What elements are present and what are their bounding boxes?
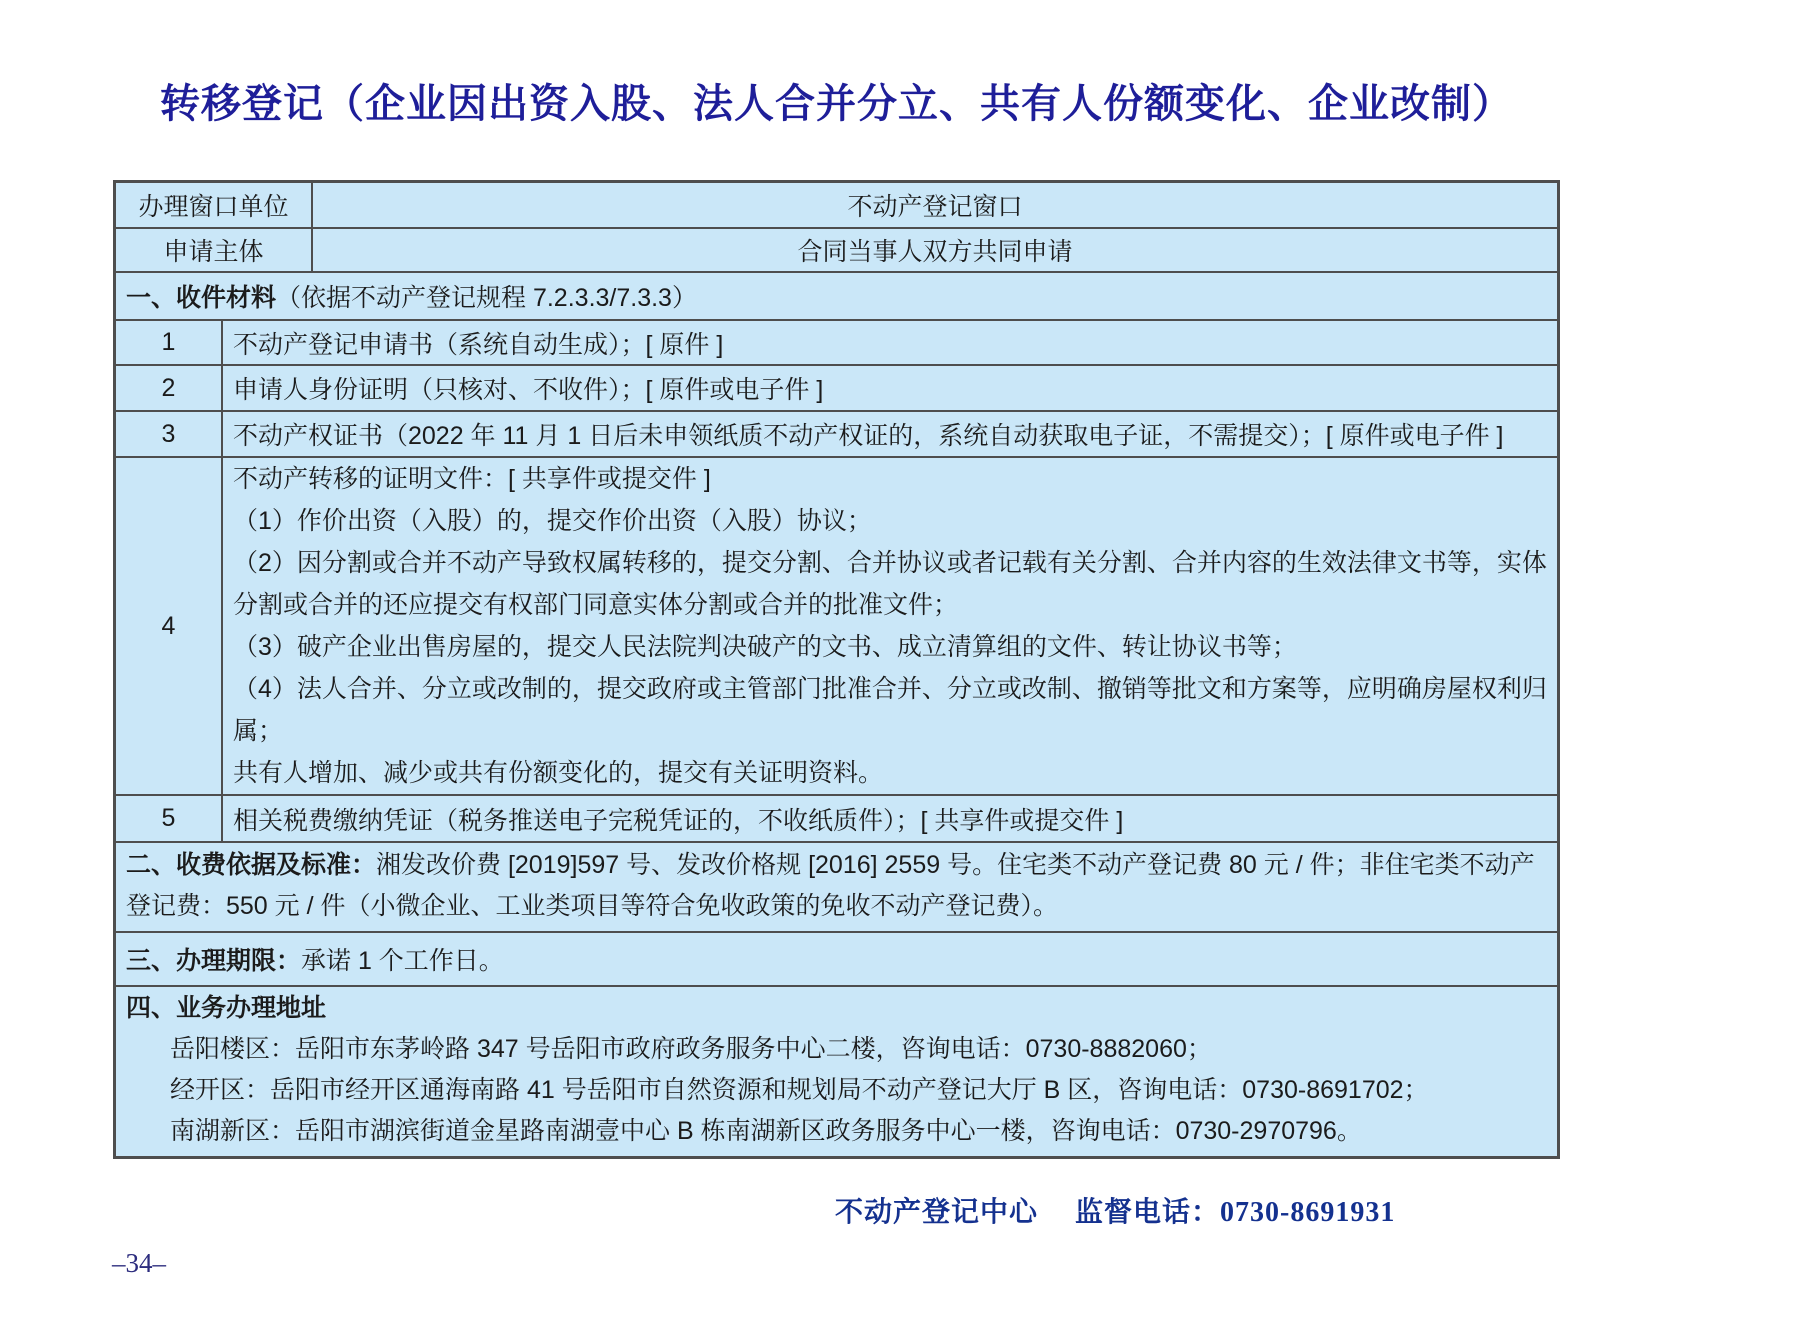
- table-row-item-2: 2 申请人身份证明（只核对、不收件）；[ 原件或电子件 ]: [116, 364, 1557, 410]
- item-4-line-1: 不动产转移的证明文件：[ 共享件或提交件 ]: [233, 458, 1547, 500]
- table-row-section3: 三、办理期限：承诺 1 个工作日。: [116, 931, 1557, 985]
- registration-info-table: 办理窗口单位 不动产登记窗口 申请主体 合同当事人双方共同申请 一、收件材料（依…: [113, 180, 1560, 1159]
- item-4-text: 不动产转移的证明文件：[ 共享件或提交件 ] （1）作价出资（入股）的，提交作价…: [223, 458, 1557, 794]
- page-number: –34–: [112, 1248, 166, 1279]
- section3-body: 承诺 1 个工作日。: [301, 941, 504, 977]
- applicant-value: 合同当事人双方共同申请: [313, 229, 1557, 271]
- section1-heading: 一、收件材料（依据不动产登记规程 7.2.3.3/7.3.3）: [116, 273, 1557, 319]
- item-2-number: 2: [116, 366, 223, 410]
- table-row-applicant: 申请主体 合同当事人双方共同申请: [116, 227, 1557, 271]
- section2-label: 二、收费依据及标准：: [126, 851, 376, 879]
- section3-text: 三、办理期限：承诺 1 个工作日。: [116, 933, 1557, 985]
- section1-heading-rest: （依据不动产登记规程 7.2.3.3/7.3.3）: [276, 278, 697, 314]
- section4-block: 四、业务办理地址 岳阳楼区：岳阳市东茅岭路 347 号岳阳市政府政务服务中心二楼…: [116, 987, 1557, 1156]
- page-title: 转移登记（企业因出资入股、法人合并分立、共有人份额变化、企业改制）: [113, 72, 1560, 129]
- table-row-item-3: 3 不动产权证书（2022 年 11 月 1 日后未申领纸质不动产权证的，系统自…: [116, 410, 1557, 456]
- item-4-line-3: （2）因分割或合并不动产导致权属转移的，提交分割、合并协议或者记载有关分割、合并…: [233, 542, 1547, 626]
- table-row-item-1: 1 不动产登记申请书（系统自动生成）；[ 原件 ]: [116, 319, 1557, 364]
- item-1-number: 1: [116, 321, 223, 364]
- item-4-line-6: 共有人增加、减少或共有份额变化的，提交有关证明资料。: [233, 752, 1547, 794]
- item-4-line-2: （1）作价出资（入股）的，提交作价出资（入股）协议；: [233, 500, 1547, 542]
- item-2-text: 申请人身份证明（只核对、不收件）；[ 原件或电子件 ]: [223, 366, 1557, 410]
- table-row-item-4: 4 不动产转移的证明文件：[ 共享件或提交件 ] （1）作价出资（入股）的，提交…: [116, 456, 1557, 794]
- item-3-text: 不动产权证书（2022 年 11 月 1 日后未申领纸质不动产权证的，系统自动获…: [223, 412, 1557, 456]
- table-row-item-5: 5 相关税费缴纳凭证（税务推送电子完税凭证的，不收纸质件）；[ 共享件或提交件 …: [116, 794, 1557, 841]
- supervision-phone-line: 不动产登记中心 监督电话：0730-8691931: [835, 1190, 1395, 1230]
- table-row-section1-heading: 一、收件材料（依据不动产登记规程 7.2.3.3/7.3.3）: [116, 271, 1557, 319]
- applicant-label: 申请主体: [116, 229, 313, 271]
- section4-heading: 四、业务办理地址: [126, 988, 1547, 1029]
- table-row-window-unit: 办理窗口单位 不动产登记窗口: [116, 183, 1557, 227]
- table-row-section2: 二、收费依据及标准：湘发改价费 [2019]597 号、发改价格规 [2016]…: [116, 841, 1557, 931]
- window-unit-label: 办理窗口单位: [116, 183, 313, 227]
- address-yueyanglou: 岳阳楼区：岳阳市东茅岭路 347 号岳阳市政府政务服务中心二楼，咨询电话：073…: [126, 1029, 1547, 1070]
- table-row-section4: 四、业务办理地址 岳阳楼区：岳阳市东茅岭路 347 号岳阳市政府政务服务中心二楼…: [116, 985, 1557, 1156]
- item-1-text: 不动产登记申请书（系统自动生成）；[ 原件 ]: [223, 321, 1557, 364]
- window-unit-value: 不动产登记窗口: [313, 183, 1557, 227]
- section1-heading-bold: 一、收件材料: [126, 278, 276, 314]
- item-5-text: 相关税费缴纳凭证（税务推送电子完税凭证的，不收纸质件）；[ 共享件或提交件 ]: [223, 796, 1557, 841]
- address-jingkai: 经开区：岳阳市经开区通海南路 41 号岳阳市自然资源和规划局不动产登记大厅 B …: [126, 1070, 1547, 1111]
- item-4-number: 4: [116, 458, 223, 794]
- section2-text: 二、收费依据及标准：湘发改价费 [2019]597 号、发改价格规 [2016]…: [116, 843, 1557, 931]
- address-nanhu: 南湖新区：岳阳市湖滨街道金星路南湖壹中心 B 栋南湖新区政务服务中心一楼，咨询电…: [126, 1111, 1547, 1152]
- section3-label: 三、办理期限：: [126, 941, 301, 977]
- item-4-line-4: （3）破产企业出售房屋的，提交人民法院判决破产的文书、成立清算组的文件、转让协议…: [233, 626, 1547, 668]
- item-4-line-5: （4）法人合并、分立或改制的，提交政府或主管部门批准合并、分立或改制、撤销等批文…: [233, 668, 1547, 752]
- item-3-number: 3: [116, 412, 223, 456]
- item-5-number: 5: [116, 796, 223, 841]
